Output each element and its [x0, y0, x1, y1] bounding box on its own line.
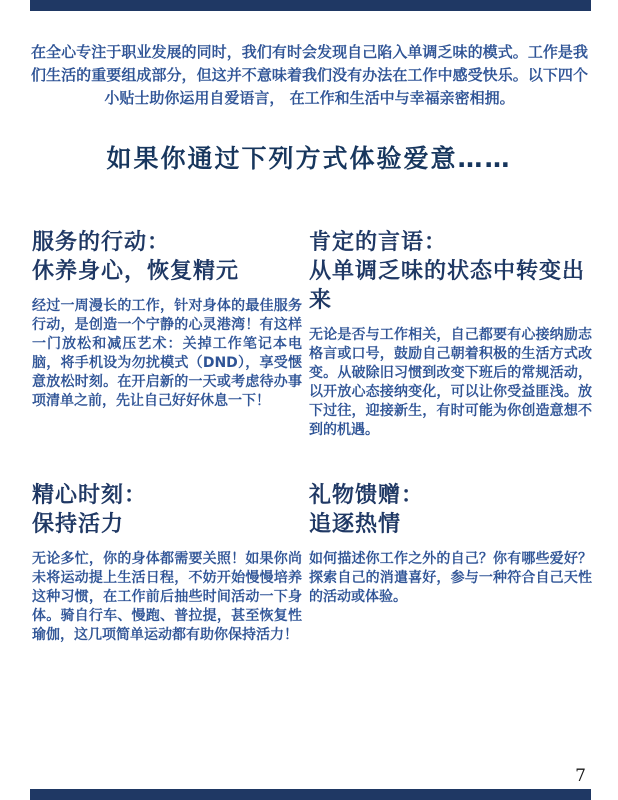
section-heading-label: 服务的行动： — [32, 228, 302, 257]
top-accent-bar — [30, 0, 591, 11]
section-gift-giving: 礼物馈赠： 追逐热情 如何描述你工作之外的自己？你有哪些爱好？探索自己的消遣喜好… — [309, 481, 592, 621]
section-quality-time: 精心时刻： 保持活力 无论多忙，你的身体都需要关照！如果你尚未将运动提上生活日程… — [32, 481, 302, 659]
section-heading: 服务的行动： 休养身心，恢复精元 — [32, 228, 302, 286]
section-body: 经过一周漫长的工作，针对身体的最佳服务行动，是创造一个宁静的心灵港湾！有这样一门… — [32, 297, 302, 411]
document-page: 在全心专注于职业发展的同时，我们有时会发现自己陷入单调乏味的模式。工作是我们生活… — [0, 0, 618, 800]
section-heading: 精心时刻： 保持活力 — [32, 481, 302, 539]
section-body: 如何描述你工作之外的自己？你有哪些爱好？探索自己的消遣喜好，参与一种符合自己天性… — [309, 550, 592, 607]
section-heading: 礼物馈赠： 追逐热情 — [309, 481, 592, 539]
section-heading-label: 礼物馈赠： — [309, 481, 592, 510]
section-heading-label: 肯定的言语： — [309, 228, 592, 257]
section-heading: 肯定的言语： 从单调乏味的状态中转变出来 — [309, 228, 592, 315]
section-words-of-affirmation: 肯定的言语： 从单调乏味的状态中转变出来 无论是否与工作相关，自己都要有心接纳励… — [309, 228, 592, 454]
section-body: 无论多忙，你的身体都需要关照！如果你尚未将运动提上生活日程，不妨开始慢慢培养这种… — [32, 550, 302, 645]
section-acts-of-service: 服务的行动： 休养身心，恢复精元 经过一周漫长的工作，针对身体的最佳服务行动，是… — [32, 228, 302, 425]
bottom-accent-bar — [30, 789, 591, 800]
section-heading-subtitle: 保持活力 — [32, 510, 302, 539]
section-body: 无论是否与工作相关，自己都要有心接纳励志格言或口号，鼓励自己朝着积极的生活方式改… — [309, 326, 592, 440]
page-number: 7 — [575, 766, 586, 786]
page-title: 如果你通过下列方式体验爱意…… — [0, 139, 618, 175]
section-heading-subtitle: 休养身心，恢复精元 — [32, 257, 302, 286]
section-heading-subtitle: 追逐热情 — [309, 510, 592, 539]
section-heading-label: 精心时刻： — [32, 481, 302, 510]
intro-paragraph: 在全心专注于职业发展的同时，我们有时会发现自己陷入单调乏味的模式。工作是我们生活… — [31, 41, 588, 110]
section-heading-subtitle: 从单调乏味的状态中转变出来 — [309, 257, 592, 315]
